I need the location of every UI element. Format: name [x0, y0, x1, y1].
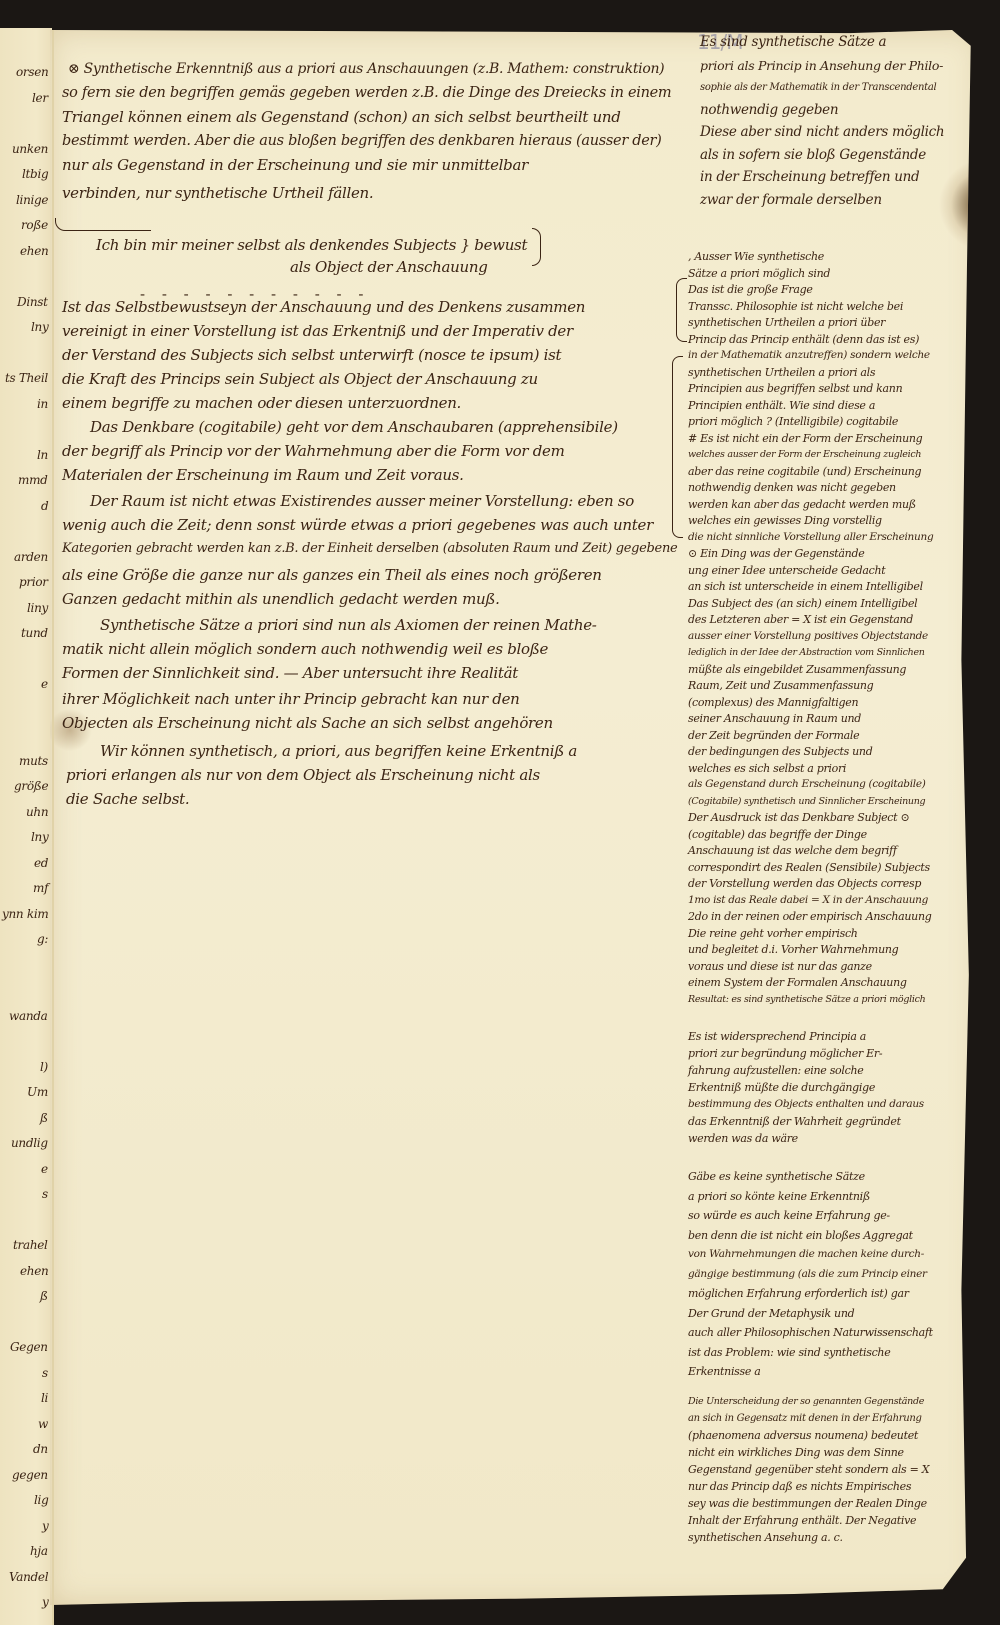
annotation-line: synthetischen Urtheilen a priori als	[688, 366, 875, 379]
main-text-line: nur als Gegenstand in der Erscheinung un…	[62, 156, 528, 174]
annotation-line: als Gegenstand durch Erscheinung (cogita…	[688, 778, 926, 791]
fragment-line: Vandel	[9, 1571, 48, 1584]
annotation-line: welches ausser der Form der Erscheinung …	[688, 448, 921, 461]
main-text-line: Ich bin mir meiner selbst als denkendes …	[96, 236, 527, 254]
fragment-line: e	[41, 1163, 48, 1176]
annotation-line: Der Grund der Metaphysik und	[688, 1307, 854, 1320]
main-text-line: Wir können synthetisch, a priori, aus be…	[100, 742, 577, 760]
annotation-line: voraus und diese ist nur das ganze	[688, 960, 872, 973]
fragment-line: ts Theil	[5, 372, 48, 385]
fragment-line: ln	[37, 449, 48, 462]
fragment-line: muts	[19, 755, 48, 768]
dashed-separator: - - - - - - - - - - -	[140, 285, 369, 303]
annotation-line: sey was die bestimmungen der Realen Ding…	[688, 1497, 927, 1510]
fragment-line: linige	[16, 194, 48, 207]
fragment-line: e	[41, 678, 48, 691]
annotation-line: werden kan aber das gedacht werden muß	[688, 498, 916, 511]
annotation-line: ung einer Idee unterscheide Gedacht	[688, 564, 885, 577]
annotation-line: bestimmung des Objects enthalten und dar…	[688, 1098, 924, 1111]
annotation-line: aber das reine cogitabile (und) Erschein…	[688, 465, 921, 478]
annotation-line: (Cogitabile) synthetisch und Sinnlicher …	[688, 795, 925, 808]
fragment-line: orsen	[16, 66, 48, 79]
fragment-line: größe	[14, 780, 48, 793]
annotation-line: der Vorstellung werden das Objects corre…	[688, 877, 921, 890]
fragment-line: Dinst	[17, 296, 48, 309]
main-text-line: der begriff als Princip vor der Wahrnehm…	[62, 442, 565, 460]
annotation-line: nicht ein wirkliches Ding was dem Sinne	[688, 1446, 904, 1459]
main-text-line: Materialen der Erscheinung im Raum und Z…	[62, 466, 464, 484]
main-text-line: Das Denkbare (cogitabile) geht vor dem A…	[90, 418, 618, 436]
page-fold-edge	[52, 30, 54, 1625]
fragment-line: y	[42, 1596, 48, 1609]
bracket-mark	[55, 218, 151, 231]
annotation-line: ist das Problem: wie sind synthetische	[688, 1346, 890, 1359]
adjacent-page-fragment	[0, 28, 52, 1625]
annotation-line: Anschauung ist das welche dem begriff	[688, 844, 897, 857]
fragment-line: uhn	[26, 806, 48, 819]
annotation-line: an sich ist unterscheide in einem Intell…	[688, 580, 923, 593]
annotation-line: in der Mathematik anzutreffen) sondern w…	[688, 349, 930, 362]
fragment-line: li	[41, 1392, 48, 1405]
annotation-line: correspondirt des Realen (Sensibile) Sub…	[688, 861, 930, 874]
fragment-line: lny	[31, 831, 48, 844]
annotation-line: Transsc. Philosophie ist nicht welche be…	[688, 300, 903, 313]
annotation-line: priori als Princip in Ansehung der Philo…	[700, 59, 943, 72]
annotation-line: Sätze a priori möglich sind	[688, 267, 830, 280]
main-text-line: ihrer Möglichkeit nach unter ihr Princip…	[62, 690, 520, 708]
fragment-line: roße	[21, 219, 48, 232]
annotation-line: ⊙ Ein Ding was der Gegenstände	[688, 547, 864, 560]
annotation-line: und begleitet d.i. Vorher Wahrnehmung	[688, 943, 898, 956]
main-text-line: Synthetische Sätze a priori sind nun als…	[100, 616, 597, 634]
main-text-line: verbinden, nur synthetische Urtheil fäll…	[62, 184, 373, 202]
annotation-line: Diese aber sind nicht anders möglich	[700, 126, 944, 139]
fragment-line: wanda	[9, 1010, 48, 1023]
annotation-line: priori zur begründung möglicher Er-	[688, 1047, 882, 1060]
annotation-line: Resultat: es sind synthetische Sätze a p…	[688, 993, 925, 1006]
main-text-line: Triangel können einem als Gegenstand (sc…	[62, 108, 621, 126]
annotation-line: priori möglich ? (Intelligibile) cogitab…	[688, 415, 898, 428]
fragment-line: ynn kim	[2, 908, 48, 921]
annotation-line: von Wahrnehmungen die machen keine durch…	[688, 1248, 924, 1261]
fragment-line: s	[42, 1367, 48, 1380]
annotation-line: (cogitable) das begriffe der Dinge	[688, 828, 867, 841]
curly-brace-mark	[532, 228, 541, 266]
annotation-line: nothwendig denken was nicht gegeben	[688, 481, 896, 494]
fragment-line: mmd	[18, 474, 48, 487]
fragment-line: lig	[34, 1494, 48, 1507]
annotation-line: lediglich in der Idee der Abstraction vo…	[688, 646, 925, 659]
annotation-line: an sich in Gegensatz mit denen in der Er…	[688, 1412, 922, 1425]
main-text-line: die Sache selbst.	[66, 790, 189, 808]
main-text-line: Ganzen gedacht mithin als unendlich geda…	[62, 590, 500, 608]
annotation-line: die nicht sinnliche Vorstellung aller Er…	[688, 531, 933, 544]
fragment-line: Gegen	[10, 1341, 48, 1354]
annotation-line: Die reine geht vorher empirisch	[688, 927, 858, 940]
annotation-line: nur das Princip daß es nichts Empirische…	[688, 1480, 911, 1493]
fragment-line: s	[42, 1188, 48, 1201]
annotation-line: # Es ist nicht ein der Form der Erschein…	[688, 432, 922, 445]
fragment-line: ehen	[20, 245, 48, 258]
fragment-line: ß	[40, 1112, 48, 1125]
annotation-line: Erkentnisse a	[688, 1365, 761, 1378]
annotation-line: müßte als eingebildet Zusammenfassung	[688, 663, 906, 676]
annotation-line: Es ist widersprechend Principia a	[688, 1030, 866, 1043]
main-text-line: einem begriffe zu machen oder diesen unt…	[62, 394, 461, 412]
annotation-line: synthetischen Ansehung a. c.	[688, 1531, 843, 1544]
annotation-line: 1mo ist das Reale dabei = X in der Ansch…	[688, 894, 928, 907]
annotation-line: Princip das Princip enthält (denn das is…	[688, 333, 919, 346]
fragment-line: l)	[40, 1061, 48, 1074]
fragment-line: ß	[40, 1290, 48, 1303]
fragment-line: hja	[30, 1545, 48, 1558]
annotation-line: welches es sich selbst a priori	[688, 762, 846, 775]
fragment-line: g:	[37, 933, 48, 946]
annotation-line: nothwendig gegeben	[700, 104, 838, 117]
fragment-line: liny	[27, 602, 48, 615]
annotation-line: Principien enthält. Wie sind diese a	[688, 399, 875, 412]
fragment-line: undlig	[11, 1137, 48, 1150]
annotation-line: Gegenstand gegenüber steht sondern als =…	[688, 1463, 929, 1476]
main-text-line: Kategorien gebracht werden kan z.B. der …	[62, 540, 677, 558]
annotation-line: Gäbe es keine synthetische Sätze	[688, 1170, 865, 1183]
fragment-line: d	[41, 500, 48, 513]
annotation-line: (phaenomena adversus noumena) bedeutet	[688, 1429, 918, 1442]
annotation-line: a priori so könte keine Erkenntniß	[688, 1190, 870, 1203]
annotation-line: sophie als der Mathematik in der Transce…	[700, 81, 936, 94]
fragment-line: y	[42, 1520, 48, 1533]
main-text-line: so fern sie den begriffen gemäs gegeben …	[62, 84, 671, 102]
annotation-line: , Ausser Wie synthetische	[688, 250, 824, 263]
fragment-line: ltbig	[22, 168, 48, 181]
main-text-line: bestimmt werden. Aber die aus bloßen beg…	[62, 132, 662, 150]
right-bracket-mark-2	[672, 356, 683, 538]
fragment-line: trahel	[13, 1239, 48, 1252]
main-text-line: die Kraft des Princips sein Subject als …	[62, 370, 538, 388]
main-text-line: matik nicht allein möglich sondern auch …	[62, 640, 548, 658]
main-text-line: der Verstand des Subjects sich selbst un…	[62, 346, 561, 364]
annotation-line: seiner Anschauung in Raum und	[688, 712, 861, 725]
fragment-line: Um	[27, 1086, 48, 1099]
annotation-line: Das Subject des (an sich) einem Intellig…	[688, 597, 917, 610]
fragment-line: lny	[31, 321, 48, 334]
main-text-line: als eine Größe die ganze nur als ganzes …	[62, 566, 602, 584]
main-text-line: ⊗ Synthetische Erkenntniß aus a priori a…	[68, 60, 664, 78]
fragment-line: ehen	[20, 1265, 48, 1278]
annotation-line: fahrung aufzustellen: eine solche	[688, 1064, 863, 1077]
annotation-line: des Letzteren aber = X ist ein Gegenstan…	[688, 613, 913, 626]
annotation-line: ausser einer Vorstellung positives Objec…	[688, 630, 928, 643]
main-text-line: priori erlangen als nur von dem Object a…	[66, 766, 540, 784]
annotation-line: Raum, Zeit und Zusammenfassung	[688, 679, 873, 692]
annotation-line: auch aller Philosophischen Naturwissensc…	[688, 1326, 933, 1339]
annotation-line: Principien aus begriffen selbst und kann	[688, 382, 902, 395]
annotation-line: in der Erscheinung betreffen und	[700, 171, 919, 184]
annotation-line: gängige bestimmung (als die zum Princip …	[688, 1268, 927, 1281]
fragment-line: prior	[19, 576, 48, 589]
main-text-line: vereinigt in einer Vorstellung ist das E…	[62, 322, 573, 340]
annotation-line: möglichen Erfahrung erforderlich ist) ga…	[688, 1287, 909, 1300]
fragment-line: dn	[33, 1443, 48, 1456]
right-bracket-mark	[676, 278, 687, 342]
annotation-line: Das ist die große Frage	[688, 283, 813, 296]
fragment-line: arden	[14, 551, 48, 564]
annotation-line: 2do in der reinen oder empirisch Anschau…	[688, 910, 932, 923]
annotation-line: das Erkenntniß der Wahrheit gegründet	[688, 1115, 901, 1128]
fragment-line: ler	[32, 92, 48, 105]
fragment-line: w	[38, 1418, 48, 1431]
fragment-line: tund	[21, 627, 48, 640]
annotation-line: Inhalt der Erfahrung enthält. Der Negati…	[688, 1514, 916, 1527]
annotation-line: Die Unterscheidung der so genannten Gege…	[688, 1395, 924, 1408]
fragment-line: gegen	[12, 1469, 48, 1482]
annotation-line: ben denn die ist nicht ein bloßes Aggreg…	[688, 1229, 913, 1242]
annotation-line: als in sofern sie bloß Gegenstände	[700, 149, 926, 162]
annotation-line: Erkentniß müßte die durchgängige	[688, 1081, 875, 1094]
fragment-line: mf	[33, 882, 48, 895]
annotation-line: welches ein gewisses Ding vorstellig	[688, 514, 882, 527]
main-text-line: Objecten als Erscheinung nicht als Sache…	[62, 714, 553, 732]
annotation-line: der Zeit begründen der Formale	[688, 729, 859, 742]
annotation-line: synthetischen Urtheilen a priori über	[688, 316, 885, 329]
main-text-line: Formen der Sinnlichkeit sind. — Aber unt…	[62, 664, 518, 682]
main-text-line: Der Raum ist nicht etwas Existirendes au…	[90, 492, 634, 510]
annotation-line: (complexus) des Mannigfaltigen	[688, 696, 858, 709]
annotation-line: Es sind synthetische Sätze a	[700, 36, 886, 49]
annotation-line: so würde es auch keine Erfahrung ge-	[688, 1209, 890, 1222]
fragment-line: unken	[12, 143, 48, 156]
annotation-line: werden was da wäre	[688, 1132, 798, 1145]
annotation-line: Der Ausdruck ist das Denkbare Subject ⊙	[688, 811, 909, 824]
fragment-line: ed	[34, 857, 48, 870]
fragment-line: in	[37, 398, 48, 411]
annotation-line: einem System der Formalen Anschauung	[688, 976, 907, 989]
annotation-line: zwar der formale derselben	[700, 194, 882, 207]
main-text-line: als Object der Anschauung	[290, 258, 488, 276]
annotation-line: der bedingungen des Subjects und	[688, 745, 872, 758]
main-text-line: wenig auch die Zeit; denn sonst würde et…	[62, 516, 653, 534]
